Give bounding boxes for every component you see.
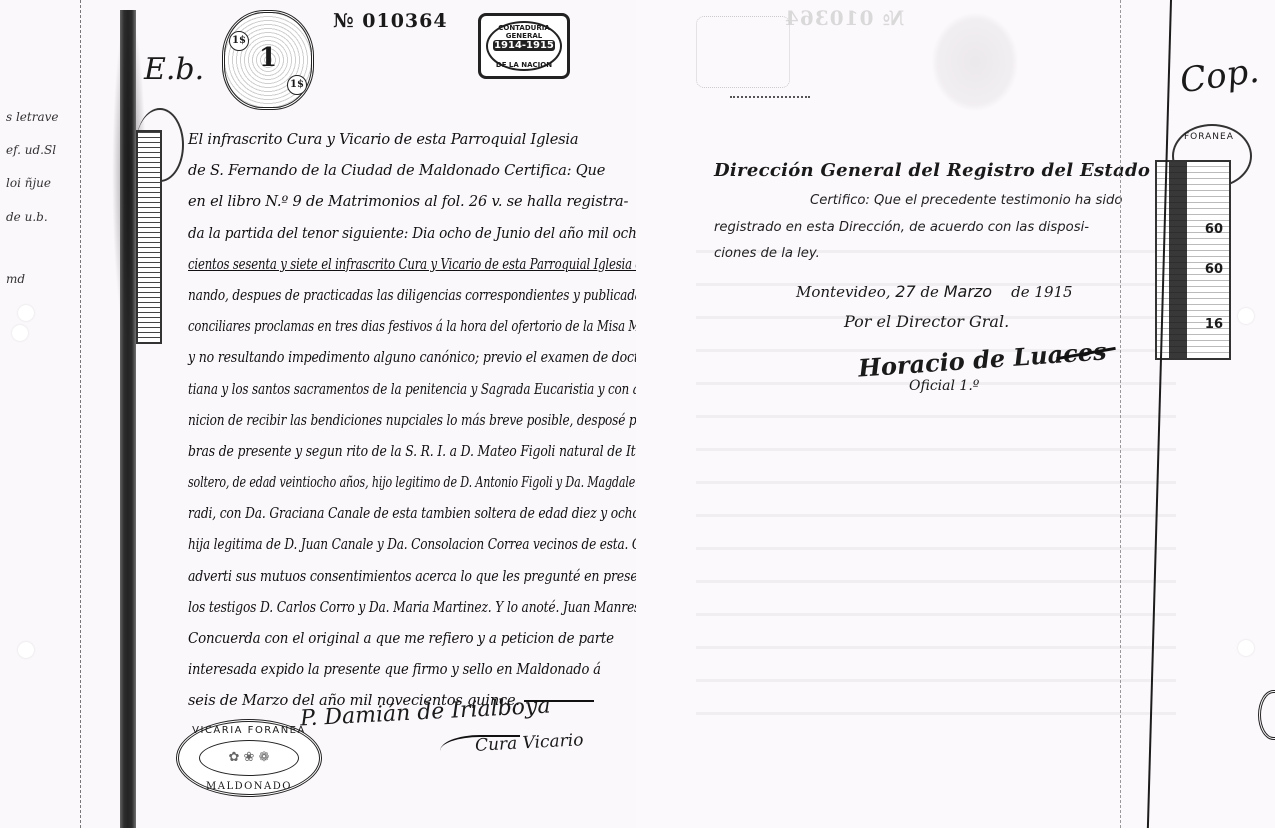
text-line: nicion de recibir las bendiciones nupcia… xyxy=(188,405,537,436)
date-month: Marzo xyxy=(944,282,992,301)
tax-seal-stamp: 1 1$ 1$ xyxy=(222,10,314,110)
text-line: bras de presente y segun rito de la S. R… xyxy=(188,436,545,467)
punch-hole xyxy=(1238,308,1254,324)
date-place: Montevideo, xyxy=(796,283,891,301)
oval-stamp-text: FORANEA xyxy=(1184,132,1234,142)
document-number: № 010364 xyxy=(333,10,448,32)
vicaria-foranea-stamp: VICARIA FORANEA ✿ ❀ ❁ MALDONADO xyxy=(176,719,322,797)
bleed-through-stamp xyxy=(696,16,790,88)
perforation-line xyxy=(80,0,81,828)
date-day: 27 xyxy=(895,282,915,301)
bleed-through-seal xyxy=(931,12,1019,112)
date-year: 1915 xyxy=(1034,283,1072,301)
text-line: interesada expido la presente que firmo … xyxy=(188,654,566,685)
stamp-emblem: ✿ ❀ ❁ xyxy=(179,750,319,765)
priest-title: Cura Vicario xyxy=(475,730,584,756)
fiscal-value: 60 xyxy=(1205,262,1223,277)
text-line: y no resultando impedimento alguno canón… xyxy=(188,342,549,373)
bleed-through-number: № 010364 xyxy=(784,6,904,30)
stamp-text-bottom: DE LA NACION xyxy=(481,61,567,69)
punch-hole xyxy=(1238,640,1254,656)
seal-corner: 1$ xyxy=(287,75,307,95)
punch-hole xyxy=(18,642,34,658)
contaduria-stamp: CONTADURIA GENERAL 1914-1915 DE LA NACIO… xyxy=(478,13,570,79)
registry-date: Montevideo, 27 de Marzo de 1915 xyxy=(796,282,1073,301)
fragment-text: md xyxy=(6,272,25,286)
binding-edge xyxy=(120,10,136,828)
scan-border xyxy=(0,828,1275,837)
text-line: adverti sus mutuos consentimientos acerc… xyxy=(188,561,549,592)
fiscal-value: 16 xyxy=(1205,317,1223,332)
text-line: da la partida del tenor siguiente: Dia o… xyxy=(188,218,579,249)
body-line: ciones de la ley. xyxy=(714,241,1134,268)
body-line: Certifico: Que el precedente testimonio … xyxy=(714,188,1134,215)
text-line: conciliares proclamas en tres dias festi… xyxy=(188,311,524,342)
bleed-through-mark xyxy=(730,96,810,98)
director-line: Por el Director Gral. xyxy=(844,312,1009,331)
text-line: radi, con Da. Graciana Canale de esta ta… xyxy=(188,498,541,529)
left-fiscal-stamp xyxy=(136,130,162,344)
stamp-text-bottom: MALDONADO xyxy=(179,781,319,792)
fiscal-value: 60 xyxy=(1205,222,1223,237)
text-line: El infrascrito Cura y Vicario de esta Pa… xyxy=(188,124,608,155)
date-de: de xyxy=(1011,283,1029,301)
punch-hole xyxy=(12,325,28,341)
text-line: en el libro N.º 9 de Matrimonios al fol.… xyxy=(188,186,608,217)
registry-body: Certifico: Que el precedente testimonio … xyxy=(714,188,1134,268)
stamp-text-top: VICARIA FORANEA xyxy=(179,725,319,736)
fragment-text: ef. ud.Sl xyxy=(6,143,56,157)
fragment-text: s letrave xyxy=(6,110,59,124)
registry-certification-page: № 010364 Dirección General del Registro … xyxy=(636,0,1275,828)
seal-corner: 1$ xyxy=(229,31,249,51)
text-line: los testigos D. Carlos Corro y Da. Maria… xyxy=(188,592,541,623)
text-line: Concuerda con el original a que me refie… xyxy=(188,623,574,654)
registry-title: Dirección General del Registro del Estad… xyxy=(714,160,1204,181)
margin-annotation: E.b. xyxy=(144,52,204,87)
text-line: hija legitima de D. Juan Canale y Da. Co… xyxy=(188,529,537,560)
text-line: nando, despues de practicadas las dilige… xyxy=(188,280,537,311)
body-line: registrado en esta Dirección, de acuerdo… xyxy=(714,215,1134,242)
official-title: Oficial 1.º xyxy=(909,378,979,394)
parish-certificate-page: 1 1$ 1$ № 010364 CONTADURIA GENERAL 1914… xyxy=(140,0,628,828)
perforation-line xyxy=(1120,0,1121,828)
text-line: de S. Fernando de la Ciudad de Maldonado… xyxy=(188,155,608,186)
fragment-text: de u.b. xyxy=(6,210,48,224)
certificate-text: El infrascrito Cura y Vicario de esta Pa… xyxy=(188,124,608,717)
stamp-text-top: CONTADURIA GENERAL xyxy=(481,24,567,40)
text-line: soltero, de edad veintiocho años, hijo l… xyxy=(188,467,507,498)
fragment-text: loi ñjue xyxy=(6,176,51,190)
date-de: de xyxy=(920,283,938,301)
punch-hole xyxy=(18,305,34,321)
stamp-years: 1914-1915 xyxy=(493,40,555,51)
text-line: tiana y los santos sacramentos de la pen… xyxy=(188,374,532,405)
previous-page-fragment: s letrave ef. ud.Sl loi ñjue de u.b. md xyxy=(0,0,82,828)
text-line: cientos sesenta y siete el infrascrito C… xyxy=(188,249,524,280)
